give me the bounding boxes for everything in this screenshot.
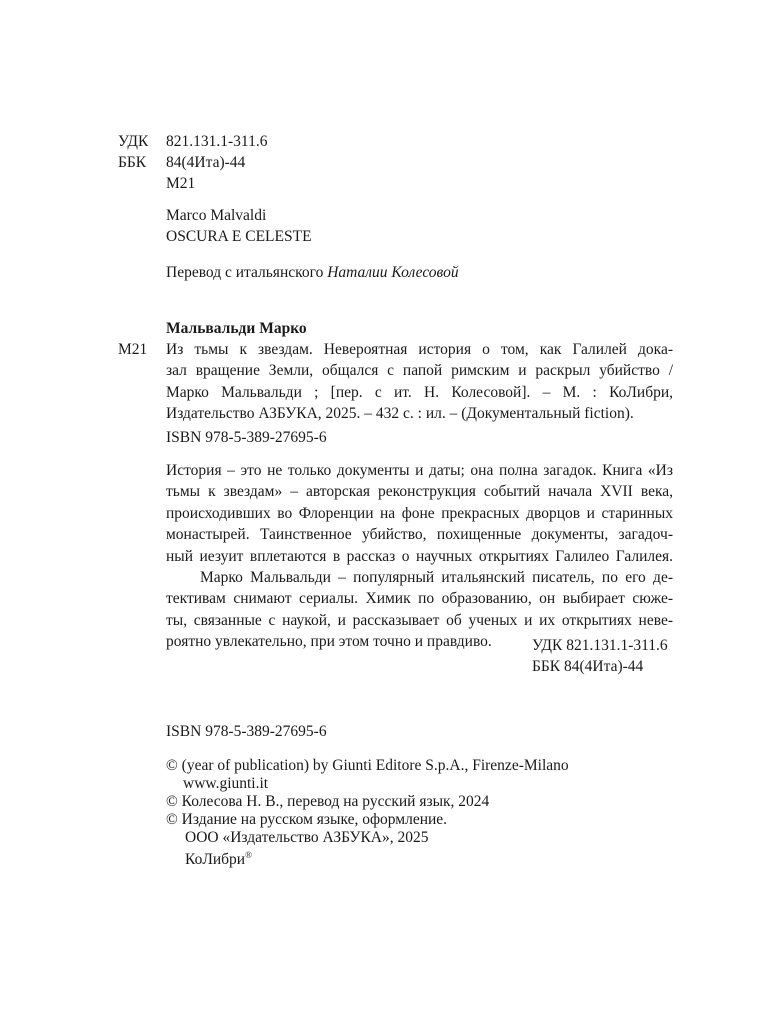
annotation-line: История – это не только документы и даты… xyxy=(166,460,673,481)
annotation-line: происходивших во Флоренции на фоне прекр… xyxy=(166,503,673,524)
bib-line: Марко Мальвальди ; [пер. с ит. Н. Колесо… xyxy=(166,382,673,403)
bbk-right: ББК 84(4Ита)-44 xyxy=(532,656,643,677)
udk-label: УДК xyxy=(118,131,148,152)
bib-line: Издательство АЗБУКА, 2025. – 432 с. : ил… xyxy=(166,403,673,424)
bib-line: Из тьмы к звездам. Невероятная история о… xyxy=(166,339,673,360)
original-author: Marco Malvaldi xyxy=(166,205,266,226)
bib-isbn: ISBN 978-5-389-27695-6 xyxy=(166,427,327,448)
udk-right: УДК 821.131.1-311.6 xyxy=(532,635,668,656)
bbk-value: 84(4Ита)-44 xyxy=(166,152,245,173)
udk-value: 821.131.1-311.6 xyxy=(166,131,267,152)
original-title: OSCURA E CELESTE xyxy=(166,226,312,247)
bib-author-mark: М21 xyxy=(118,339,147,360)
annotation-line: ты, связанные с наукой, и рассказывает о… xyxy=(166,610,673,631)
imprint-name: КоЛибри xyxy=(185,851,245,868)
author-heading: Мальвальди Марко xyxy=(166,318,307,339)
annotation-line: монастырей. Таинственное убийство, похищ… xyxy=(166,524,673,545)
annotation-line: Марко Мальвальди – популярный итальянски… xyxy=(166,567,673,588)
annotation: История – это не только документы и даты… xyxy=(166,460,673,653)
bbk-label: ББК xyxy=(118,152,146,173)
translation-credit: Перевод с итальянского Наталии Колесовой xyxy=(166,262,459,283)
translator-name: Наталии Колесовой xyxy=(327,264,458,281)
author-mark: М21 xyxy=(166,173,195,194)
translation-prefix: Перевод с итальянского xyxy=(166,264,323,281)
annotation-line: ный иезуит вплетаются в рассказ о научны… xyxy=(166,546,673,567)
annotation-line: тьмы к звездам» – авторская реконструкци… xyxy=(166,481,673,502)
bibliographic-description: Из тьмы к звездам. Невероятная история о… xyxy=(166,339,673,425)
imprint: КоЛибри® xyxy=(185,845,252,870)
registered-mark-icon: ® xyxy=(245,850,252,860)
footer-isbn: ISBN 978-5-389-27695-6 xyxy=(166,721,327,742)
bib-line: зал вращение Земли, общался с папой римс… xyxy=(166,360,673,381)
annotation-line: тективам снимают сериалы. Химик по образ… xyxy=(166,588,673,609)
